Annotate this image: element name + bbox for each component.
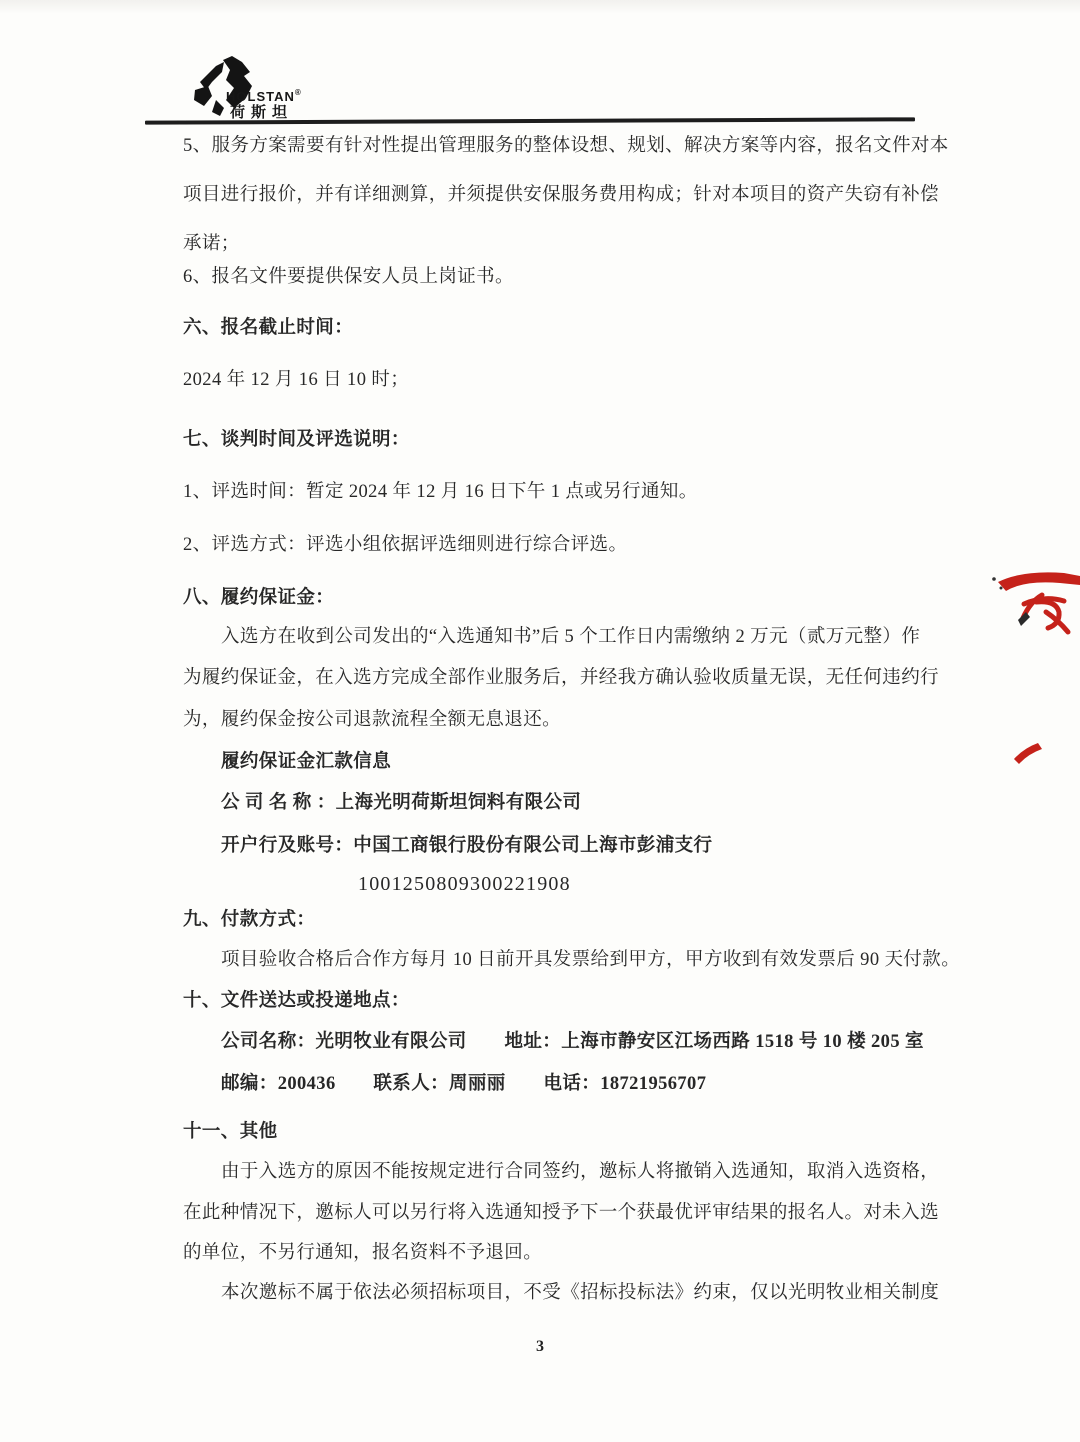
registered-mark: ® (295, 88, 302, 97)
deposit-para-line-3: 为，履约保金按公司退款流程全额无息退还。 (183, 707, 561, 734)
item-selection-method: 2、评选方式：评选小组依据评选细则进行综合评选。 (183, 532, 627, 559)
other-clause-line-1: 由于入选方的原因不能按规定进行合同签约，邀标人将撤销入选通知，取消入选资格， (221, 1159, 939, 1186)
non-tender-note: 本次邀标不属于依法必须招标项目，不受《招标投标法》约束，仅以光明牧业相关制度 (221, 1280, 939, 1307)
payment-terms: 项目验收合格后合作方每月 10 日前开具发票给到甲方，甲方收到有效发票后 90 … (221, 947, 960, 974)
clause-5-line-2: 项目进行报价，并有详细测算，并须提供安保服务费用构成；针对本项目的资产失窃有补偿 (183, 182, 939, 209)
scanned-document-page: HOLSTAN® 荷斯坦 5、服务方案需要有针对性提出管理服务的整体设想、规划、… (0, 0, 1080, 1442)
section-7-heading: 七、谈判时间及评选说明： (183, 427, 410, 454)
remittance-company-name: 公 司 名 称 ：上海光明荷斯坦饲料有限公司 (221, 790, 581, 817)
other-clause-line-3: 的单位，不另行通知，报名资料不予退回。 (183, 1240, 542, 1267)
other-clause-line-2: 在此种情况下，邀标人可以另行将入选通知授予下一个获最优评审结果的报名人。对未入选 (183, 1200, 939, 1227)
section-8-heading: 八、履约保证金： (183, 585, 334, 612)
red-pen-mark-icon (960, 540, 1080, 790)
section-9-heading: 九、付款方式： (183, 907, 315, 934)
remittance-bank-name: 开户行及账号：中国工商银行股份有限公司上海市彭浦支行 (221, 833, 712, 860)
delivery-contact-info: 邮编：200436 联系人：周丽丽 电话：18721956707 (221, 1071, 706, 1098)
clause-6: 6、报名文件要提供保安人员上岗证书。 (183, 264, 514, 291)
holstan-logo: HOLSTAN® 荷斯坦 (186, 56, 316, 124)
deposit-para-line-1: 入选方在收到公司发出的“入选通知书”后 5 个工作日内需缴纳 2 万元（贰万元整… (221, 624, 920, 651)
page-number: 3 (0, 1338, 1080, 1356)
deadline-date: 2024 年 12 月 16 日 10 时； (183, 367, 409, 394)
section-10-heading: 十、文件送达或投递地点： (183, 988, 410, 1015)
bank-account-number: 1001250809300221908 (358, 871, 571, 898)
clause-5-line-1: 5、服务方案需要有针对性提出管理服务的整体设想、规划、解决方案等内容，报名文件对… (183, 133, 949, 160)
delivery-company-address: 公司名称：光明牧业有限公司 地址：上海市静安区江场西路 1518 号 10 楼 … (221, 1029, 924, 1056)
clause-5-line-3: 承诺； (183, 231, 240, 258)
deposit-para-line-2: 为履约保证金，在入选方完成全部作业服务后，并经我方确认验收质量无误，无任何违约行 (183, 665, 939, 692)
item-selection-time: 1、评选时间：暂定 2024 年 12 月 16 日下午 1 点或另行通知。 (183, 479, 698, 506)
section-6-heading: 六、报名截止时间： (183, 315, 353, 342)
remittance-info-title: 履约保证金汇款信息 (221, 749, 391, 776)
section-11-heading: 十一、其他 (183, 1119, 278, 1146)
logo-brand-chinese: 荷斯坦 (230, 101, 293, 122)
